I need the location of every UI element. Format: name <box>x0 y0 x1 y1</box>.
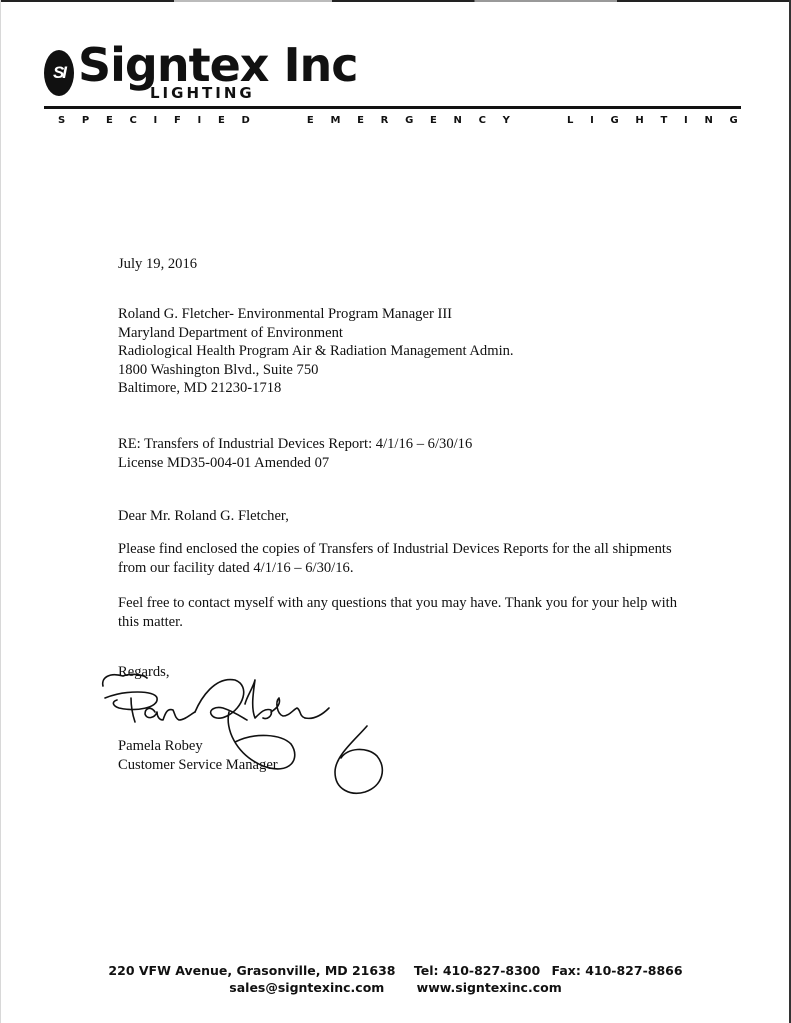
letterhead-tagline: SPECIFIED EMERGENCY LIGHTING <box>58 115 738 126</box>
tagline-gap <box>287 115 290 126</box>
letterhead-footer: 220 VFW Avenue, Grasonville, MD 21638 Te… <box>0 962 791 996</box>
tagline-gap <box>547 115 550 126</box>
recipient-line: Maryland Department of Environment <box>118 324 514 343</box>
tagline-letter: L <box>567 115 573 126</box>
tagline-letter: N <box>454 115 462 126</box>
tagline-letter: E <box>218 115 225 126</box>
tagline-letter: G <box>611 115 619 126</box>
tagline-letter: I <box>684 115 688 126</box>
tagline-letter: C <box>130 115 137 126</box>
letterhead-rule <box>44 106 741 109</box>
recipient-address: Roland G. Fletcher- Environmental Progra… <box>118 305 514 398</box>
tagline-letter: E <box>430 115 437 126</box>
re-line: RE: Transfers of Industrial Devices Repo… <box>118 435 472 454</box>
signer-block: Pamela Robey Customer Service Manager <box>118 737 278 774</box>
salutation: Dear Mr. Roland G. Fletcher, <box>118 508 289 525</box>
logo-mark-icon: SI <box>44 50 74 96</box>
tagline-letter: I <box>154 115 158 126</box>
tagline-letter: P <box>82 115 89 126</box>
tagline-gap <box>527 115 530 126</box>
tagline-letter: F <box>174 115 181 126</box>
tagline-letter: G <box>405 115 413 126</box>
recipient-line: Baltimore, MD 21230-1718 <box>118 379 514 398</box>
tagline-letter: H <box>635 115 643 126</box>
tagline-letter: T <box>661 115 668 126</box>
tagline-letter: S <box>58 115 65 126</box>
tagline-letter: M <box>330 115 340 126</box>
signer-name: Pamela Robey <box>118 737 278 756</box>
letter-date: July 19, 2016 <box>118 256 197 273</box>
license-line: License MD35-004-01 Amended 07 <box>118 454 472 473</box>
tagline-letter: G <box>730 115 738 126</box>
tagline-letter: E <box>307 115 314 126</box>
company-subtitle: LIGHTING <box>150 84 255 102</box>
footer-email[interactable]: sales@signtexinc.com <box>229 980 384 995</box>
body-paragraph-1: Please find enclosed the copies of Trans… <box>118 540 698 577</box>
recipient-line: Radiological Health Program Air & Radiat… <box>118 342 514 361</box>
tagline-letter: C <box>479 115 486 126</box>
tagline-letter: R <box>381 115 389 126</box>
footer-address: 220 VFW Avenue, Grasonville, MD 21638 <box>108 963 395 978</box>
scan-edge-top <box>0 0 791 2</box>
footer-tel: Tel: 410-827-8300 <box>414 963 540 978</box>
tagline-letter: Y <box>503 115 510 126</box>
signer-title: Customer Service Manager <box>118 756 278 775</box>
tagline-letter: N <box>704 115 712 126</box>
subject-block: RE: Transfers of Industrial Devices Repo… <box>118 435 472 472</box>
recipient-line: 1800 Washington Blvd., Suite 750 <box>118 361 514 380</box>
tagline-letter: E <box>106 115 113 126</box>
tagline-letter: E <box>357 115 364 126</box>
body-paragraph-2: Feel free to contact myself with any que… <box>118 594 698 631</box>
handwritten-signature <box>95 668 395 798</box>
tagline-gap <box>267 115 270 126</box>
footer-website[interactable]: www.signtexinc.com <box>417 980 562 995</box>
tagline-letter: I <box>590 115 594 126</box>
recipient-line: Roland G. Fletcher- Environmental Progra… <box>118 305 514 324</box>
scan-edge-left <box>0 0 1 1023</box>
tagline-letter: D <box>242 115 250 126</box>
footer-fax: Fax: 410-827-8866 <box>552 963 683 978</box>
tagline-letter: I <box>198 115 202 126</box>
